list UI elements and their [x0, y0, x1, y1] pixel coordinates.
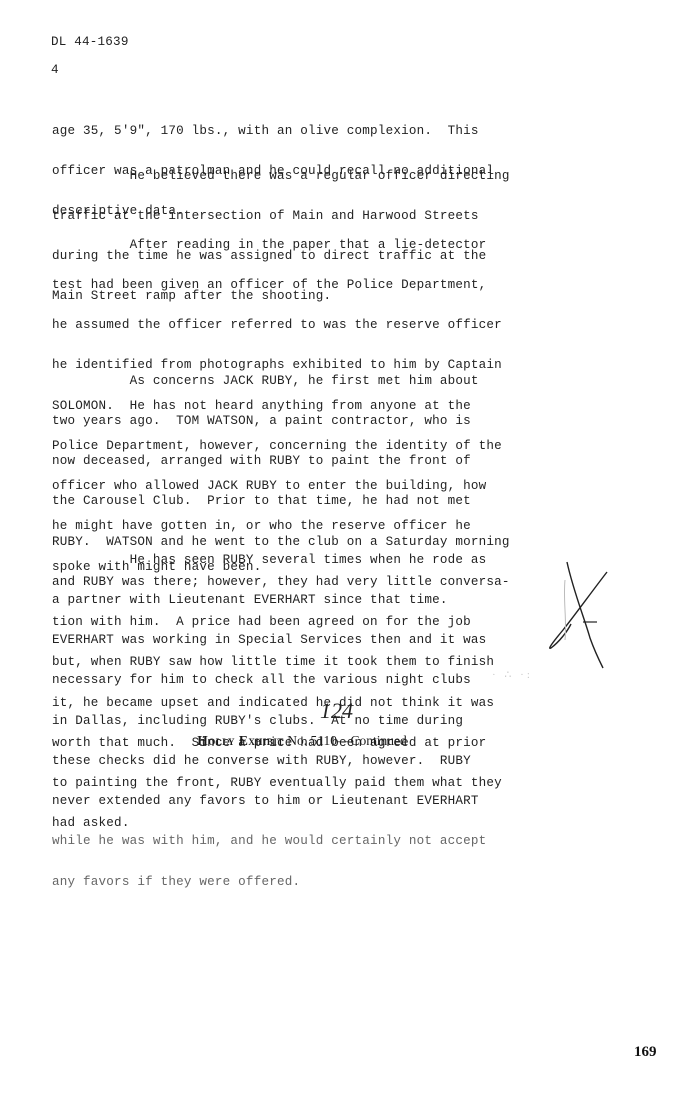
page-number: 169: [634, 1044, 657, 1061]
text-line: two years ago. TOM WATSON, a paint contr…: [52, 415, 552, 428]
exhibit-caption-number: No. 5110: [287, 733, 337, 748]
text-line: while he was with him, and he would cert…: [52, 835, 552, 848]
text-line: the Carousel Club. Prior to that time, h…: [52, 495, 552, 508]
file-number: DL 44-1639: [51, 36, 129, 49]
text-line: a partner with Lieutenant EVERHART since…: [52, 594, 552, 607]
exhibit-caption: Holly Exhibit No. 5110—Continued: [0, 733, 602, 749]
page-index: 4: [51, 64, 59, 77]
handwritten-x-mark-icon: [545, 560, 620, 670]
text-line: test had been given an officer of the Po…: [52, 279, 552, 292]
text-line: After reading in the paper that a lie-de…: [52, 239, 552, 252]
handwritten-page-number: 124: [318, 696, 368, 724]
text-line: necessary for him to check all the vario…: [52, 674, 552, 687]
exhibit-caption-suffix: —Continued: [337, 733, 407, 748]
text-line: any favors if they were offered.: [52, 876, 552, 889]
text-line: never extended any favors to him or Lieu…: [52, 795, 552, 808]
exhibit-caption-prefix: Holly Exhibit: [197, 733, 284, 748]
paragraph-everhart: He has seen RUBY several times when he r…: [52, 527, 552, 916]
text-line: EVERHART was working in Special Services…: [52, 634, 552, 647]
text-line: age 35, 5'9", 170 lbs., with an olive co…: [52, 125, 552, 138]
text-line: He believed there was a regular officer …: [52, 170, 552, 183]
text-line: now deceased, arranged with RUBY to pain…: [52, 455, 552, 468]
handwritten-number-text: 124: [320, 698, 353, 723]
faded-stamp: · ∴ ·:: [492, 668, 582, 698]
text-line: in Dallas, including RUBY's clubs. At no…: [52, 715, 552, 728]
text-line: He has seen RUBY several times when he r…: [52, 554, 552, 567]
text-line: these checks did he converse with RUBY, …: [52, 755, 552, 768]
text-line: he assumed the officer referred to was t…: [52, 319, 552, 332]
text-line: As concerns JACK RUBY, he first met him …: [52, 375, 552, 388]
